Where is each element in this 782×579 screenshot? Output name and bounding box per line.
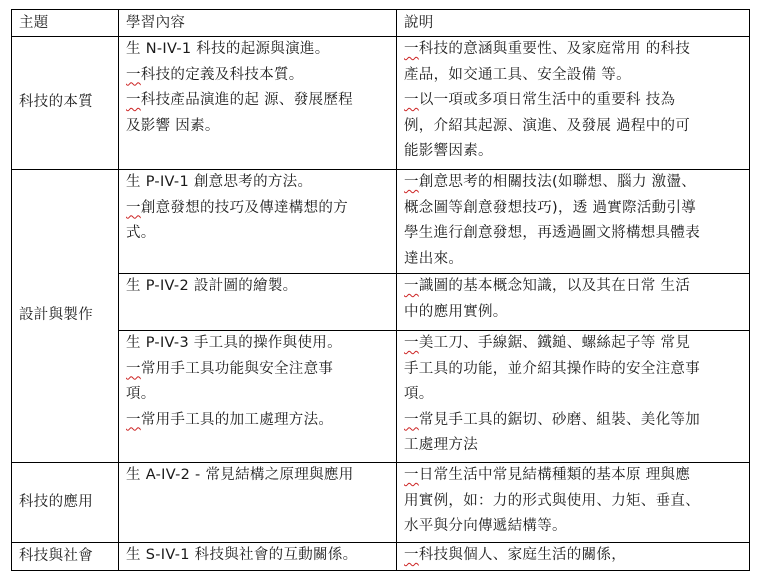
content-cell: 生 P-IV-2 設計圖的繪製。 <box>119 274 397 331</box>
table-row: 設計與製作 生 P-IV-1 創意思考的方法。 一創意發想的技巧及傳達構想的方 … <box>12 170 750 274</box>
spellcheck-mark: 一 <box>404 467 419 483</box>
content-line: 生 P-IV-2 設計圖的繪製。 <box>126 274 396 300</box>
topic-cell: 科技的應用 <box>12 463 119 543</box>
explanation-line: 一日常生活中常見結構種類的基本原 理與應 <box>404 463 749 489</box>
explanation-line: 手工具的功能，並介紹其操作時的安全注意事 <box>404 357 749 383</box>
spellcheck-mark: 一 <box>126 67 141 83</box>
content-line: 一科技產品演進的起 源、發展歷程 <box>126 88 396 114</box>
content-line: 一常用手工具的加工處理方法。 <box>126 408 396 434</box>
content-line: 一常用手工具功能與安全注意事 <box>126 357 396 383</box>
spellcheck-mark: 一 <box>126 200 141 216</box>
explanation-line: 一以一項或多項日常生活中的重要科 技為 <box>404 88 749 114</box>
content-line: 生 P-IV-1 創意思考的方法。 <box>126 170 396 196</box>
explanation-line: 產品，如交通工具、安全設備 等。 <box>404 63 749 89</box>
content-cell: 生 S-IV-1 科技與社會的互動關係。 <box>119 543 397 571</box>
content-line: 及影響 因素。 <box>126 114 396 140</box>
content-cell: 生 P-IV-3 手工具的操作與使用。 一常用手工具功能與安全注意事 項。 一常… <box>119 331 397 463</box>
table-row: 生 P-IV-2 設計圖的繪製。 一識圖的基本概念知識，以及其在日常 生活 中的… <box>12 274 750 331</box>
explanation-cell: 一創意思考的相關技法(如聯想、腦力 激盪、 概念圖等創意發想技巧)，透 過實際活… <box>397 170 750 274</box>
explanation-cell: 一科技的意涵與重要性、及家庭常用 的科技 產品，如交通工具、安全設備 等。 一以… <box>397 37 750 170</box>
explanation-line: 一識圖的基本概念知識，以及其在日常 生活 <box>404 274 749 300</box>
topic-cell: 設計與製作 <box>12 170 119 463</box>
header-row: 主題 學習內容 說明 <box>12 10 750 37</box>
table-row: 科技與社會 生 S-IV-1 科技與社會的互動關係。 一科技與個人、家庭生活的關… <box>12 543 750 571</box>
explanation-line: 例，介紹其起源、演進、及發展 過程中的可 <box>404 114 749 140</box>
explanation-cell: 一美工刀、手線鋸、鐵鎚、螺絲起子等 常見 手工具的功能，並介紹其操作時的安全注意… <box>397 331 750 463</box>
explanation-line: 達出來。 <box>404 247 749 273</box>
explanation-line: 用實例，如：力的形式與使用、力矩、垂直、 <box>404 489 749 515</box>
explanation-line: 工處理方法 <box>404 433 749 459</box>
content-line: 生 N-IV-1 科技的起源與演進。 <box>126 37 396 63</box>
spellcheck-mark: 一 <box>404 412 419 428</box>
table-row: 科技的應用 生 A-IV-2 - 常見結構之原理與應用 一日常生活中常見結構種類… <box>12 463 750 543</box>
content-line: 生 A-IV-2 - 常見結構之原理與應用 <box>126 463 396 489</box>
explanation-cell: 一識圖的基本概念知識，以及其在日常 生活 中的應用實例。 <box>397 274 750 331</box>
spellcheck-mark: 一 <box>126 361 141 377</box>
explanation-line: 一科技的意涵與重要性、及家庭常用 的科技 <box>404 37 749 63</box>
table-row: 科技的本質 生 N-IV-1 科技的起源與演進。 一科技的定義及科技本質。 一科… <box>12 37 750 170</box>
explanation-line: 中的應用實例。 <box>404 300 749 326</box>
explanation-cell: 一日常生活中常見結構種類的基本原 理與應 用實例，如：力的形式與使用、力矩、垂直… <box>397 463 750 543</box>
spellcheck-mark: 一 <box>126 92 141 108</box>
spellcheck-mark: 一 <box>404 547 419 563</box>
content-line: 一科技的定義及科技本質。 <box>126 63 396 89</box>
topic-cell: 科技與社會 <box>12 543 119 571</box>
explanation-line: 一常見手工具的鋸切、砂磨、組裝、美化等加 <box>404 408 749 434</box>
content-cell: 生 P-IV-1 創意思考的方法。 一創意發想的技巧及傳達構想的方 式。 <box>119 170 397 274</box>
spellcheck-mark: 一 <box>404 41 419 57</box>
content-line: 項。 <box>126 382 396 408</box>
explanation-line: 項。 <box>404 382 749 408</box>
explanation-line: 水平與分向傳遞結構等。 <box>404 514 749 540</box>
header-content: 學習內容 <box>119 10 397 37</box>
explanation-line: 一科技與個人、家庭生活的關係， <box>404 543 749 569</box>
spellcheck-mark: 一 <box>404 335 419 351</box>
explanation-line: 一美工刀、手線鋸、鐵鎚、螺絲起子等 常見 <box>404 331 749 357</box>
table-row: 生 P-IV-3 手工具的操作與使用。 一常用手工具功能與安全注意事 項。 一常… <box>12 331 750 463</box>
explanation-line: 概念圖等創意發想技巧)，透 過實際活動引導 <box>404 196 749 222</box>
explanation-line: 學生進行創意發想，再透過圖文將構想具體表 <box>404 221 749 247</box>
topic-cell: 科技的本質 <box>12 37 119 170</box>
explanation-line: 能影響因素。 <box>404 139 749 165</box>
curriculum-table: 主題 學習內容 說明 科技的本質 生 N-IV-1 科技的起源與演進。 一科技的… <box>11 9 750 571</box>
header-topic: 主題 <box>12 10 119 37</box>
content-cell: 生 N-IV-1 科技的起源與演進。 一科技的定義及科技本質。 一科技產品演進的… <box>119 37 397 170</box>
content-line: 一創意發想的技巧及傳達構想的方 <box>126 196 396 222</box>
explanation-line: 一創意思考的相關技法(如聯想、腦力 激盪、 <box>404 170 749 196</box>
spellcheck-mark: 一 <box>126 412 141 428</box>
spellcheck-mark: 一 <box>404 174 419 190</box>
content-line: 生 P-IV-3 手工具的操作與使用。 <box>126 331 396 357</box>
spellcheck-mark: 一 <box>404 278 419 294</box>
content-cell: 生 A-IV-2 - 常見結構之原理與應用 <box>119 463 397 543</box>
content-line: 生 S-IV-1 科技與社會的互動關係。 <box>126 543 396 569</box>
explanation-cell: 一科技與個人、家庭生活的關係， <box>397 543 750 571</box>
header-explanation: 說明 <box>397 10 750 37</box>
spellcheck-mark: 一 <box>404 92 419 108</box>
content-line: 式。 <box>126 221 396 247</box>
